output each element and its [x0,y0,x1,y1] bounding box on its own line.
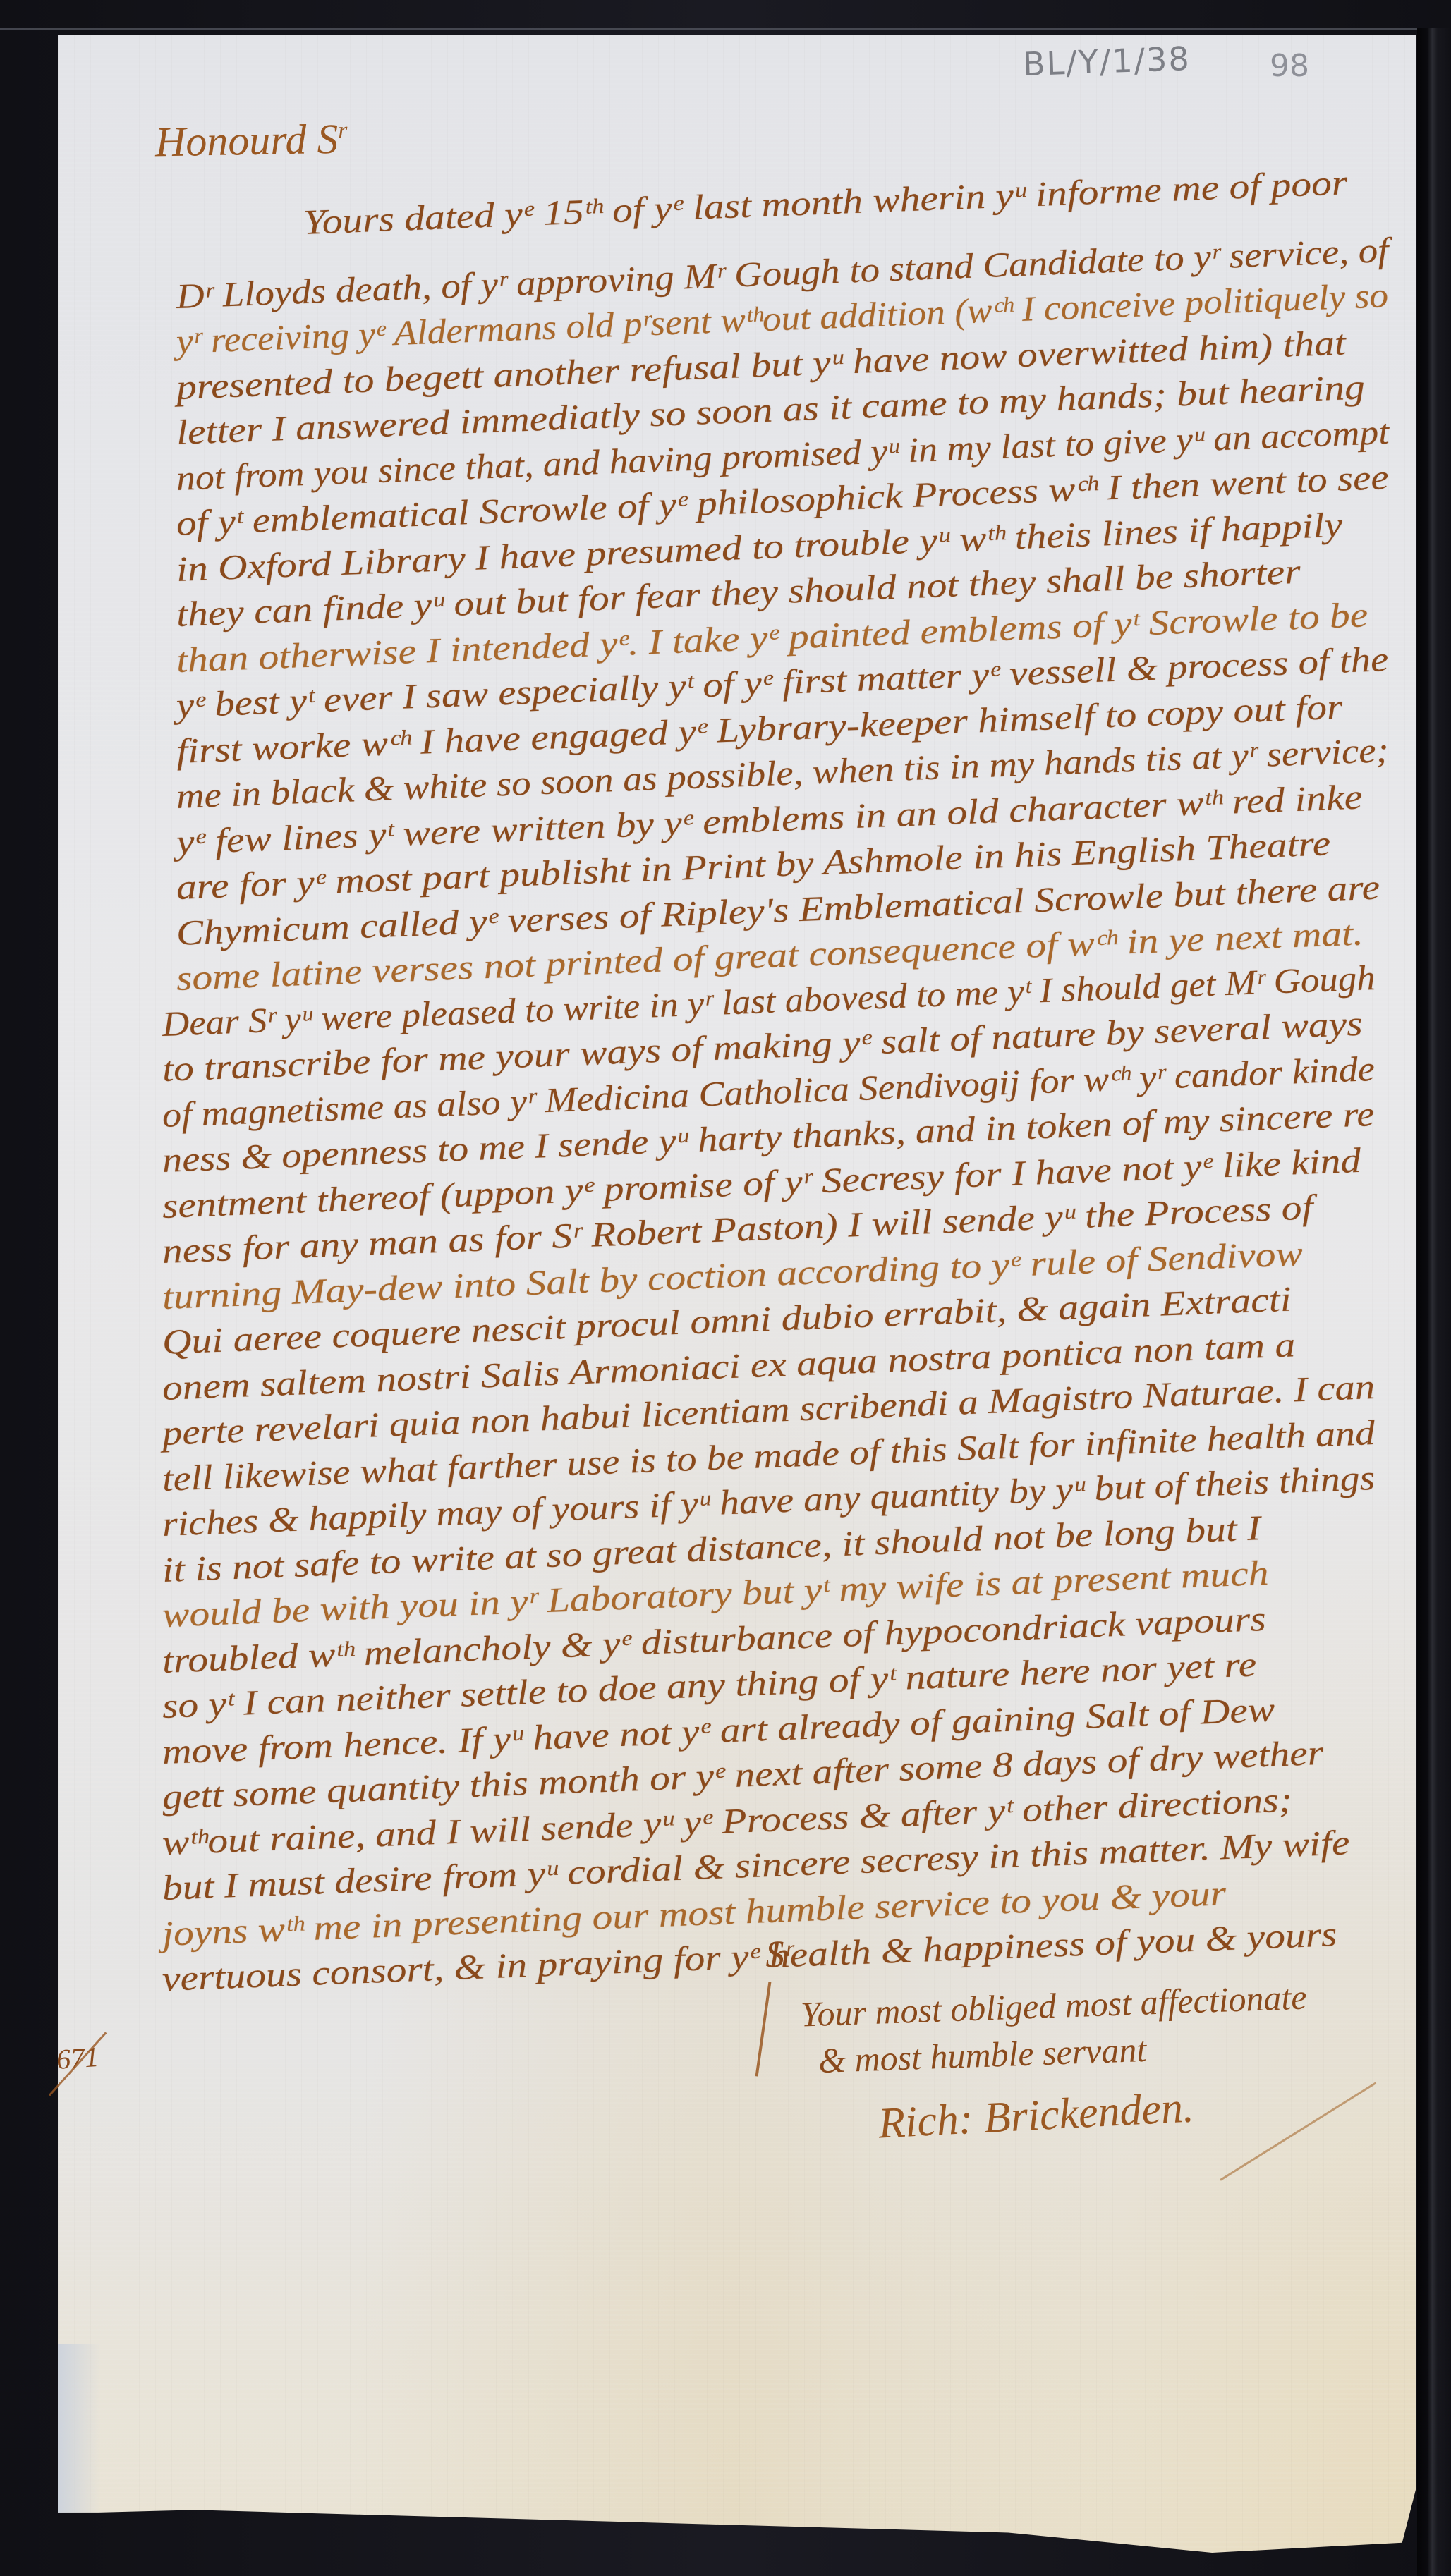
letter: Honourd Sr Yours dated yᵉ 15ᵗʰ of yᵉ las… [0,0,1451,2576]
closing-bracket-stroke [755,1982,772,2076]
closing-address: Sʳ [765,1931,794,1976]
salutation: Honourd Sr [154,115,348,167]
salutation-superscript: r [338,118,348,144]
closing-line-1: Your most obliged most affectionate [800,1976,1307,2034]
salutation-text: Honourd S [154,116,339,166]
signature: Rich: Brickenden. [877,2082,1195,2149]
closing-line-2: & most humble servant [818,2029,1147,2081]
corner-pen-stroke [1220,2082,1376,2180]
letter-line: Yours dated yᵉ 15ᵗʰ of yᵉ last month whe… [303,164,1348,240]
